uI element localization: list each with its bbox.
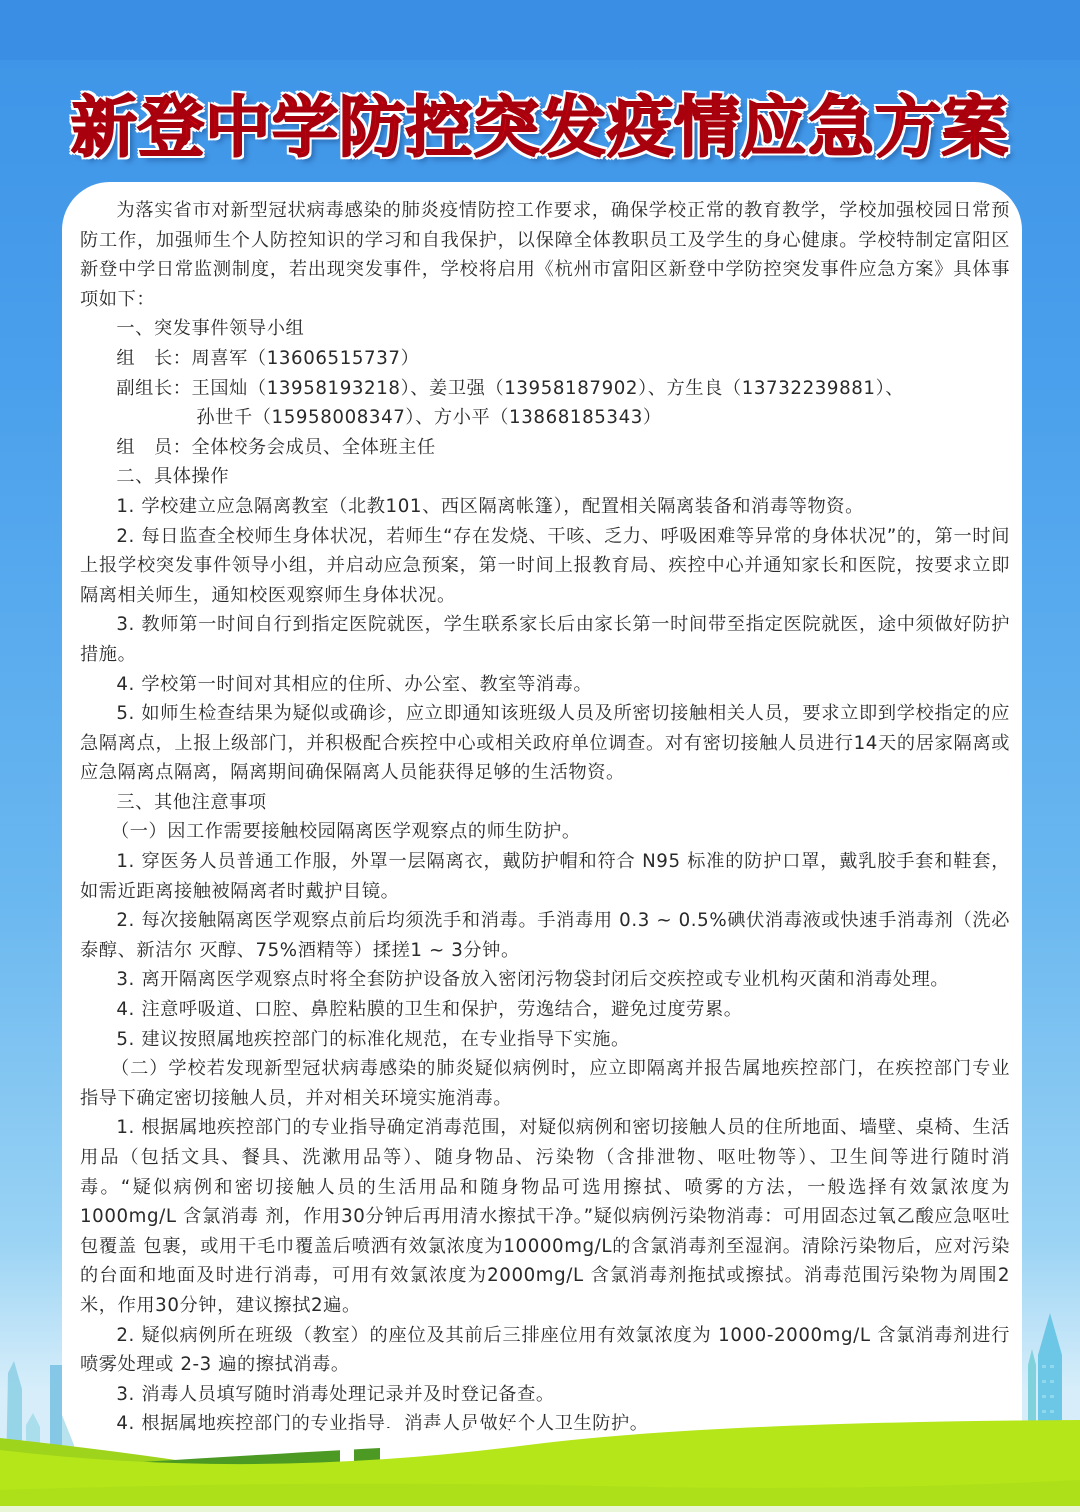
section3-part2-item: 1. 根据属地疾控部门的专业指导确定消毒范围，对疑似病例和密切接触人员的住所地面… — [80, 1113, 1010, 1320]
grass-hills-illustration — [0, 1420, 1080, 1512]
section2-heading: 二、具体操作 — [80, 462, 1010, 492]
section3-part2-item: 2. 疑似病例所在班级（教室）的座位及其前后三排座位用有效氯浓度为 1000-2… — [80, 1321, 1010, 1380]
deputy-leaders-line1: 副组长：王国灿（13958193218）、姜卫强（13958187902）、方生… — [80, 374, 1010, 404]
section3-heading: 三、其他注意事项 — [80, 788, 1010, 818]
deputy-leaders-line2: 孙世千（15958008347）、方小平（13868185343） — [80, 403, 1010, 433]
section2-item: 1. 学校建立应急隔离教室（北教101、西区隔离帐篷），配置相关隔离装备和消毒等… — [80, 492, 1010, 522]
section3-part2-item: 3. 消毒人员填写随时消毒处理记录并及时登记备查。 — [80, 1380, 1010, 1410]
section3-part1-item: 4. 注意呼吸道、口腔、鼻腔粘膜的卫生和保护，劳逸结合，避免过度劳累。 — [80, 995, 1010, 1025]
group-members: 组 员：全体校务会成员、全体班主任 — [80, 433, 1010, 463]
section3-part1-heading: （一）因工作需要接触校园隔离医学观察点的师生防护。 — [80, 817, 1010, 847]
section3-part1-item: 3. 离开隔离医学观察点时将全套防护设备放入密闭污物袋封闭后交疾控或专业机构灭菌… — [80, 965, 1010, 995]
section2-item: 3. 教师第一时间自行到指定医院就医，学生联系家长后由家长第一时间带至指定医院就… — [80, 610, 1010, 669]
section2-item: 5. 如师生检查结果为疑似或确诊，应立即通知该班级人员及所密切接触相关人员，要求… — [80, 699, 1010, 788]
poster-title: 新登中学防控突发疫情应急方案 — [0, 78, 1080, 178]
section2-item: 4. 学校第一时间对其相应的住所、办公室、教室等消毒。 — [80, 670, 1010, 700]
footer-strip — [0, 1506, 1080, 1512]
section1-heading: 一、突发事件领导小组 — [80, 314, 1010, 344]
section3-part1-item: 2. 每次接触隔离医学观察点前后均须洗手和消毒。手消毒用 0.3 ~ 0.5%碘… — [80, 906, 1010, 965]
document-body: 为落实省市对新型冠状病毒感染的肺炎疫情防控工作要求，确保学校正常的教育教学，学校… — [80, 196, 1010, 1439]
section2-item: 2. 每日监查全校师生身体状况，若师生“存在发烧、干咳、乏力、呼吸困难等异常的身… — [80, 522, 1010, 611]
section3-part1-item: 1. 穿医务人员普通工作服，外罩一层隔离衣，戴防护帽和符合 N95 标准的防护口… — [80, 847, 1010, 906]
section3-part1-item: 5. 建议按照属地疾控部门的标准化规范，在专业指导下实施。 — [80, 1025, 1010, 1055]
section3-part2-heading: （二）学校若发现新型冠状病毒感染的肺炎疑似病例时，应立即隔离并报告属地疾控部门，… — [80, 1054, 1010, 1113]
background-top-band — [0, 0, 1080, 60]
intro-paragraph: 为落实省市对新型冠状病毒感染的肺炎疫情防控工作要求，确保学校正常的教育教学，学校… — [80, 196, 1010, 314]
group-leader: 组 长：周喜军（13606515737） — [80, 344, 1010, 374]
